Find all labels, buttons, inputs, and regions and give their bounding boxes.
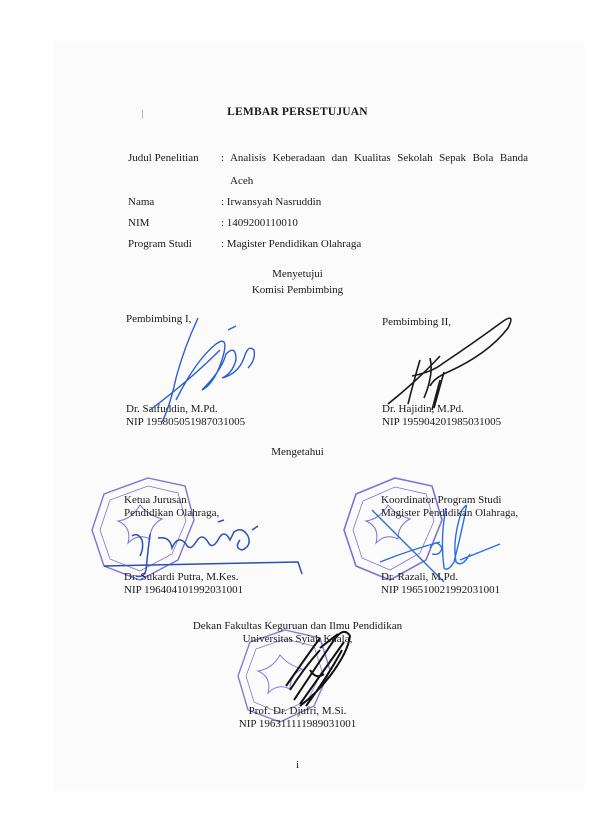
- head-2-role-line2: Magister Pendidikan Olahraga,: [381, 507, 518, 520]
- dean-nip: NIP 196311111989031001: [0, 718, 595, 731]
- signature-supervisor-2-icon: [388, 318, 511, 410]
- head-1-nip: NIP 196404101992031001: [124, 584, 243, 597]
- head-2-nip: NIP 196510021992031001: [381, 584, 500, 597]
- stamps-and-signatures: [0, 0, 595, 819]
- signature-jurusan-icon: [104, 520, 302, 576]
- dean-role-line1: Dekan Fakultas Keguruan dan Ilmu Pendidi…: [0, 620, 595, 633]
- page-number: i: [0, 759, 595, 771]
- head-1-name: Dr. Sukardi Putra, M.Kes.: [124, 571, 239, 584]
- head-2-role-line1: Koordinator Program Studi: [381, 494, 501, 507]
- dean-name: Prof. Dr. Djufri, M.Si.: [0, 705, 595, 718]
- head-1-role-line2: Pendidikan Olahraga,: [124, 507, 219, 520]
- signature-supervisor-1-icon: [150, 318, 254, 422]
- head-2-name: Dr. Razali, M.Pd.: [381, 571, 458, 584]
- dean-role-line2: Universitas Syiah Kuala,: [0, 633, 595, 646]
- head-1-role-line1: Ketua Jurusan: [124, 494, 187, 507]
